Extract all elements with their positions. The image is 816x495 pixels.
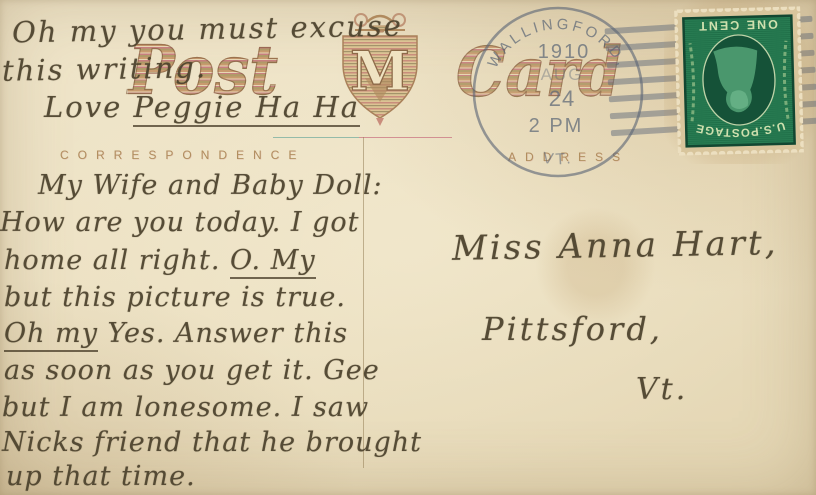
message-line: home all right. O. My	[4, 245, 316, 276]
postage-stamp-art: U.S.POSTAGE ONE CENT	[674, 6, 804, 155]
message-line: as soon as you get it. Gee	[4, 355, 380, 386]
sender-note-line: this writing.	[2, 50, 208, 88]
message-line: Nicks friend that he brought	[2, 427, 422, 458]
postmark-day: 24	[549, 86, 575, 111]
sender-note-line: Oh my you must excuse	[12, 9, 403, 50]
postage-stamp: U.S.POSTAGE ONE CENT	[674, 6, 804, 155]
correspondence-label: CORRESPONDENCE	[60, 148, 305, 162]
sender-note-text: Love	[44, 90, 133, 124]
postmark-state: VT.	[541, 150, 574, 169]
message-line: but this picture is true.	[4, 282, 346, 313]
divider-line-horizontal-right	[359, 137, 452, 138]
message-line: up that time.	[6, 461, 196, 492]
message-line: How are you today. I got	[0, 207, 360, 238]
address-line-town: Pittsford,	[482, 310, 663, 348]
postmark-month: AUG	[541, 65, 584, 84]
message-line: Oh my Yes. Answer this	[4, 318, 348, 349]
message-text: Yes. Answer this	[98, 318, 348, 349]
postmark-year: 1910	[538, 41, 591, 63]
svg-text:VT.: VT.	[541, 150, 574, 169]
address-line-name: Miss Anna Hart,	[452, 223, 779, 269]
message-text-underlined: Oh my	[4, 318, 98, 352]
postmark-stamp: WALLINGFORD, 1910 AUG 24 2 PM VT.	[452, 0, 667, 195]
sender-note-line: Love Peggie Ha Ha	[44, 90, 360, 124]
sender-signature: Peggie Ha Ha	[133, 90, 360, 127]
message-line: but I am lonesome. I saw	[2, 392, 369, 423]
postmark-time: 2 PM	[529, 115, 584, 137]
postcard-back: Post Card M CORRESPONDENCE ADDRESS	[0, 0, 816, 495]
emblem-tip	[376, 118, 384, 126]
message-text-underlined: O. My	[230, 245, 316, 279]
message-line: My Wife and Baby Doll:	[38, 170, 383, 201]
stamp-value-text: ONE CENT	[697, 17, 778, 33]
divider-line-horizontal-left	[273, 137, 359, 138]
address-line-state: Vt.	[636, 372, 688, 407]
message-text: home all right.	[4, 245, 230, 276]
